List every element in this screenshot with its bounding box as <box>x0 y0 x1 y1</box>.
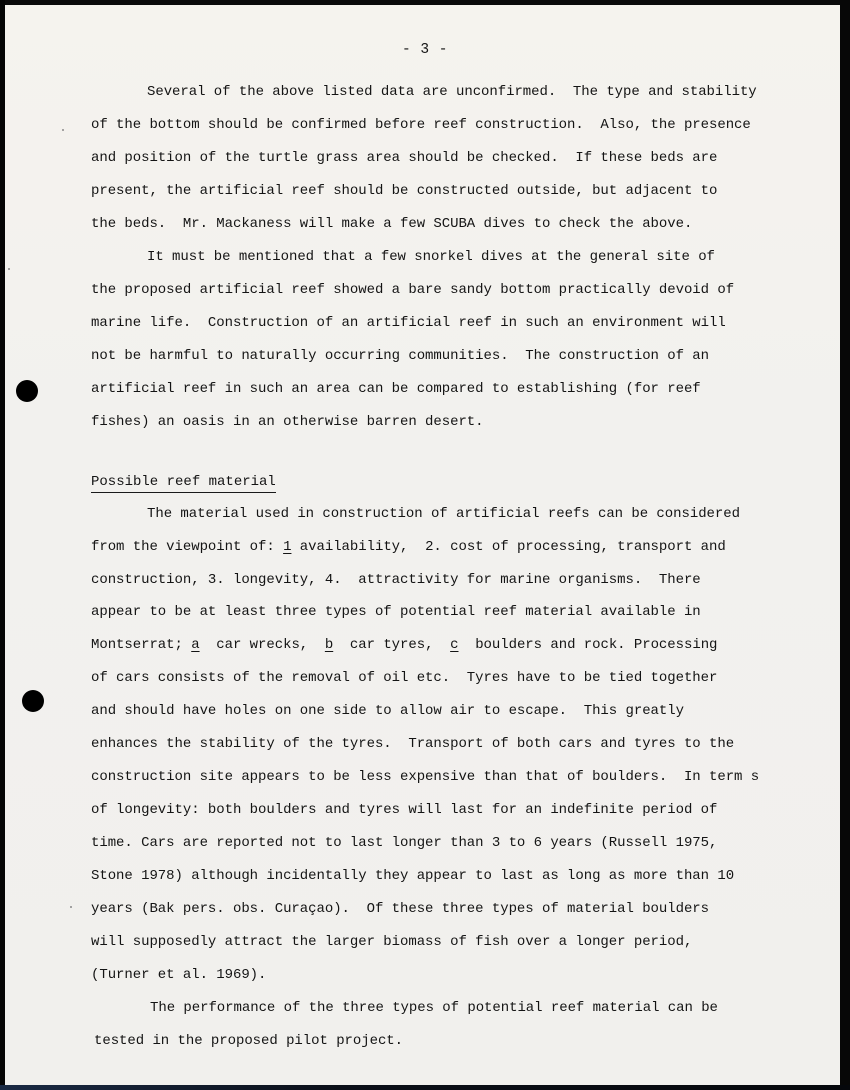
paragraph-3-line: Stone 1978) although incidentally they a… <box>91 867 734 885</box>
punch-hole-icon <box>16 380 38 402</box>
paragraph-3-line: from the viewpoint of: 1 availability, 2… <box>91 538 726 556</box>
paragraph-1-line: and position of the turtle grass area sh… <box>91 149 717 167</box>
paragraph-3-line: of cars consists of the removal of oil e… <box>91 669 717 687</box>
paragraph-1-line: Several of the above listed data are unc… <box>147 83 757 101</box>
section-heading: Possible reef material <box>91 473 276 493</box>
paragraph-3-line: enhances the stability of the tyres. Tra… <box>91 735 734 753</box>
paragraph-3-line: will supposedly attract the larger bioma… <box>91 933 692 951</box>
paragraph-1-line: present, the artificial reef should be c… <box>91 182 717 200</box>
paragraph-1-line: of the bottom should be confirmed before… <box>91 116 751 134</box>
line-text: availability, 2. cost of processing, tra… <box>291 539 725 555</box>
stray-mark <box>70 906 72 908</box>
paragraph-2-line: It must be mentioned that a few snorkel … <box>147 248 715 266</box>
paragraph-4-line: The performance of the three types of po… <box>150 999 718 1017</box>
line-text: from the viewpoint of: <box>91 539 283 555</box>
line-text: car tyres, <box>333 637 450 653</box>
punch-hole-icon <box>22 690 44 712</box>
list-marker-c: c <box>450 637 458 653</box>
paragraph-2-line: artificial reef in such an area can be c… <box>91 380 701 398</box>
paragraph-3-line: of longevity: both boulders and tyres wi… <box>91 801 717 819</box>
stray-mark <box>62 129 64 131</box>
paragraph-3-line: The material used in construction of art… <box>147 505 740 523</box>
page-number: - 3 - <box>0 42 850 58</box>
stray-mark <box>8 268 10 270</box>
line-text: Montserrat; <box>91 637 191 653</box>
paragraph-3-line: and should have holes on one side to all… <box>91 702 684 720</box>
paragraph-2-line: not be harmful to naturally occurring co… <box>91 347 709 365</box>
scan-border-bottom <box>0 1085 850 1090</box>
line-text: car wrecks, <box>200 637 325 653</box>
paragraph-2-line: fishes) an oasis in an otherwise barren … <box>91 413 484 431</box>
scan-border-right <box>840 0 850 1090</box>
list-marker-a: a <box>191 637 199 653</box>
paragraph-3-line: time. Cars are reported not to last long… <box>91 834 717 852</box>
paragraph-2-line: marine life. Construction of an artifici… <box>91 314 726 332</box>
paragraph-4-line: tested in the proposed pilot project. <box>94 1032 403 1050</box>
paragraph-3-line: construction site appears to be less exp… <box>91 768 759 786</box>
paragraph-3-line: appear to be at least three types of pot… <box>91 603 701 621</box>
paragraph-2-line: the proposed artificial reef showed a ba… <box>91 281 734 299</box>
paragraph-3-line: years (Bak pers. obs. Curaçao). Of these… <box>91 900 709 918</box>
paragraph-3-line: construction, 3. longevity, 4. attractiv… <box>91 571 701 589</box>
list-marker-b: b <box>325 637 333 653</box>
paragraph-3-line: (Turner et al. 1969). <box>91 966 266 984</box>
paragraph-1-line: the beds. Mr. Mackaness will make a few … <box>91 215 692 233</box>
line-text: boulders and rock. Processing <box>459 637 718 653</box>
paragraph-3-line: Montserrat; a car wrecks, b car tyres, c… <box>91 636 717 654</box>
